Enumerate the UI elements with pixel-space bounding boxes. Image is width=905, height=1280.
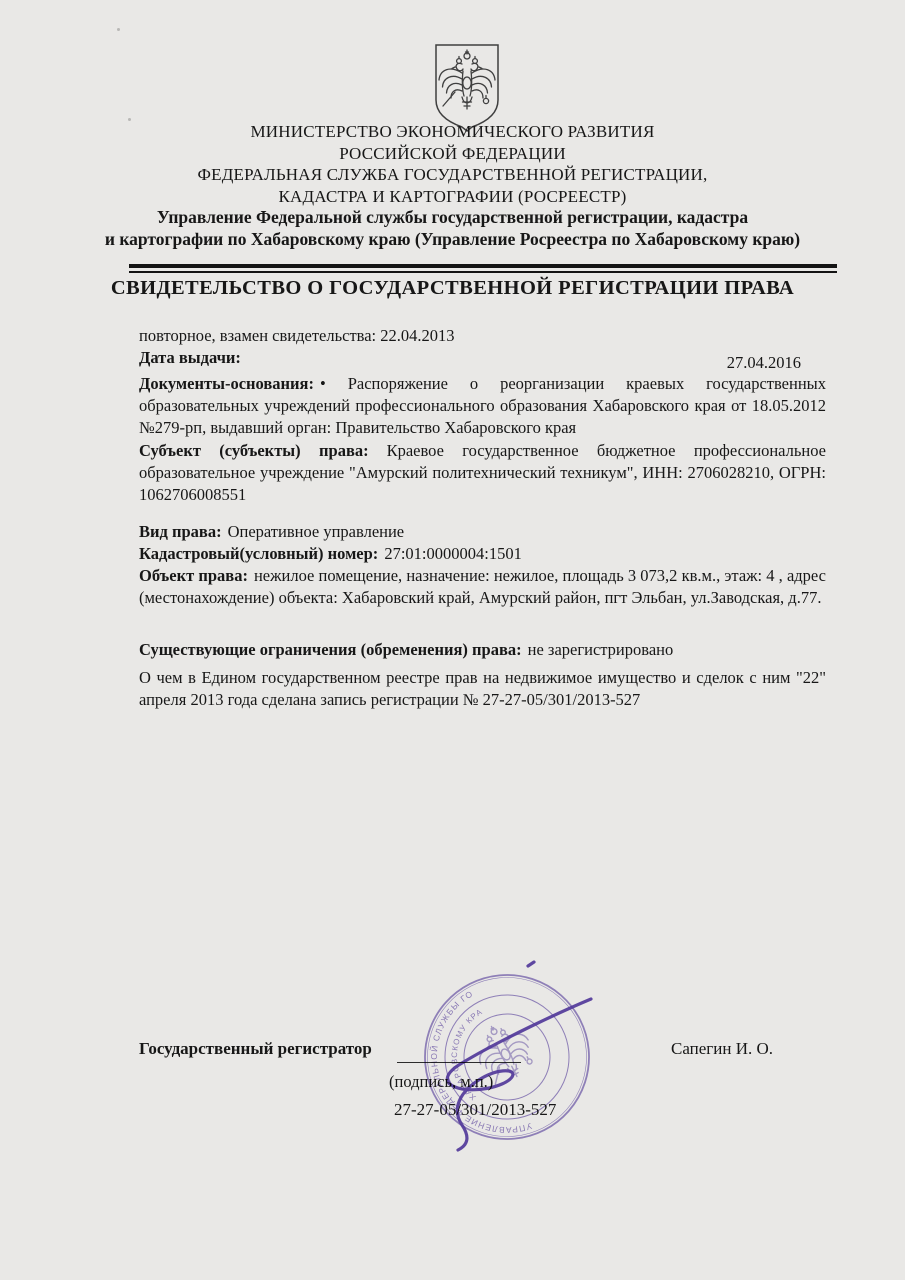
basis-paragraph: Документы-основания:• Распоряжение о рео… xyxy=(139,373,826,439)
scan-speck xyxy=(117,28,120,31)
registrar-label: Государственный регистратор xyxy=(139,1039,372,1059)
object-label: Объект права: xyxy=(139,566,248,585)
signature-caption: (подпись, м.п.) xyxy=(389,1072,493,1092)
stamp-outer-ring xyxy=(398,948,617,1167)
ministry-line-2: РОССИЙСКОЙ ФЕДЕРАЦИИ xyxy=(0,143,905,165)
org-header: МИНИСТЕРСТВО ЭКОНОМИЧЕСКОГО РАЗВИТИЯ РОС… xyxy=(0,121,905,250)
subject-label: Субъект (субъекты) права: xyxy=(139,441,369,460)
basis-label: Документы-основания: xyxy=(139,374,314,393)
scan-speck xyxy=(128,118,131,121)
restrictions-value: не зарегистрировано xyxy=(528,640,674,659)
registrar-name: Сапегин И. О. xyxy=(671,1039,773,1059)
stamp-rotated-group: УПРАВЛЕНИЕ ФЕДЕРАЛЬНОЙ СЛУЖБЫ ГОСУДАРСТВ… xyxy=(398,948,617,1182)
signature-tick xyxy=(528,962,534,966)
cadastral-label: Кадастровый(условный) номер: xyxy=(139,544,378,563)
stamp-outer-text: УПРАВЛЕНИЕ ФЕДЕРАЛЬНОЙ СЛУЖБЫ ГОСУДАРСТВ… xyxy=(398,952,541,1177)
right-type-value: Оперативное управление xyxy=(228,522,405,541)
service-line-1: ФЕДЕРАЛЬНАЯ СЛУЖБА ГОСУДАРСТВЕННОЙ РЕГИС… xyxy=(0,164,905,186)
document-title: СВИДЕТЕЛЬСТВО О ГОСУДАРСТВЕННОЙ РЕГИСТРА… xyxy=(0,277,905,300)
document-body: повторное, взамен свидетельства: 22.04.2… xyxy=(139,325,826,711)
registry-note: О чем в Едином государственном реестре п… xyxy=(139,667,826,711)
issue-date-label: Дата выдачи: xyxy=(139,347,241,369)
header-divider xyxy=(129,264,837,273)
right-type-label: Вид права: xyxy=(139,522,222,541)
double-headed-eagle-icon xyxy=(439,50,495,109)
ministry-line-1: МИНИСТЕРСТВО ЭКОНОМИЧЕСКОГО РАЗВИТИЯ xyxy=(0,121,905,143)
restrictions-paragraph: Существующие ограничения (обременения) п… xyxy=(139,639,826,661)
stamp-outer-ring-inner-line xyxy=(400,950,614,1164)
issue-date-row: Дата выдачи: 27.04.2016 xyxy=(139,347,826,369)
duplicate-note: повторное, взамен свидетельства: 22.04.2… xyxy=(139,325,826,347)
issue-date-value: 27.04.2016 xyxy=(727,352,801,374)
restrictions-label: Существующие ограничения (обременения) п… xyxy=(139,640,522,659)
cadastral-value: 27:01:0000004:1501 xyxy=(384,544,522,563)
cadastral-paragraph: Кадастровый(условный) номер:27:01:000000… xyxy=(139,543,826,565)
right-type-paragraph: Вид права:Оперативное управление xyxy=(139,521,826,543)
shield-outline xyxy=(436,45,498,131)
signature-line xyxy=(397,1062,521,1063)
subject-paragraph: Субъект (субъекты) права:Краевое государ… xyxy=(139,440,826,506)
service-line-2: КАДАСТРА И КАРТОГРАФИИ (РОСРЕЕСТР) xyxy=(0,186,905,208)
stamp-inner-ring xyxy=(449,999,565,1115)
registration-number: 27-27-05/301/2013-527 xyxy=(394,1100,556,1120)
certificate-document: МИНИСТЕРСТВО ЭКОНОМИЧЕСКОГО РАЗВИТИЯ РОС… xyxy=(0,0,905,1280)
object-paragraph: Объект права:нежилое помещение, назначен… xyxy=(139,565,826,609)
department-line-1: Управление Федеральной службы государств… xyxy=(0,207,905,229)
department-line-2: и картографии по Хабаровскому краю (Упра… xyxy=(0,229,905,251)
